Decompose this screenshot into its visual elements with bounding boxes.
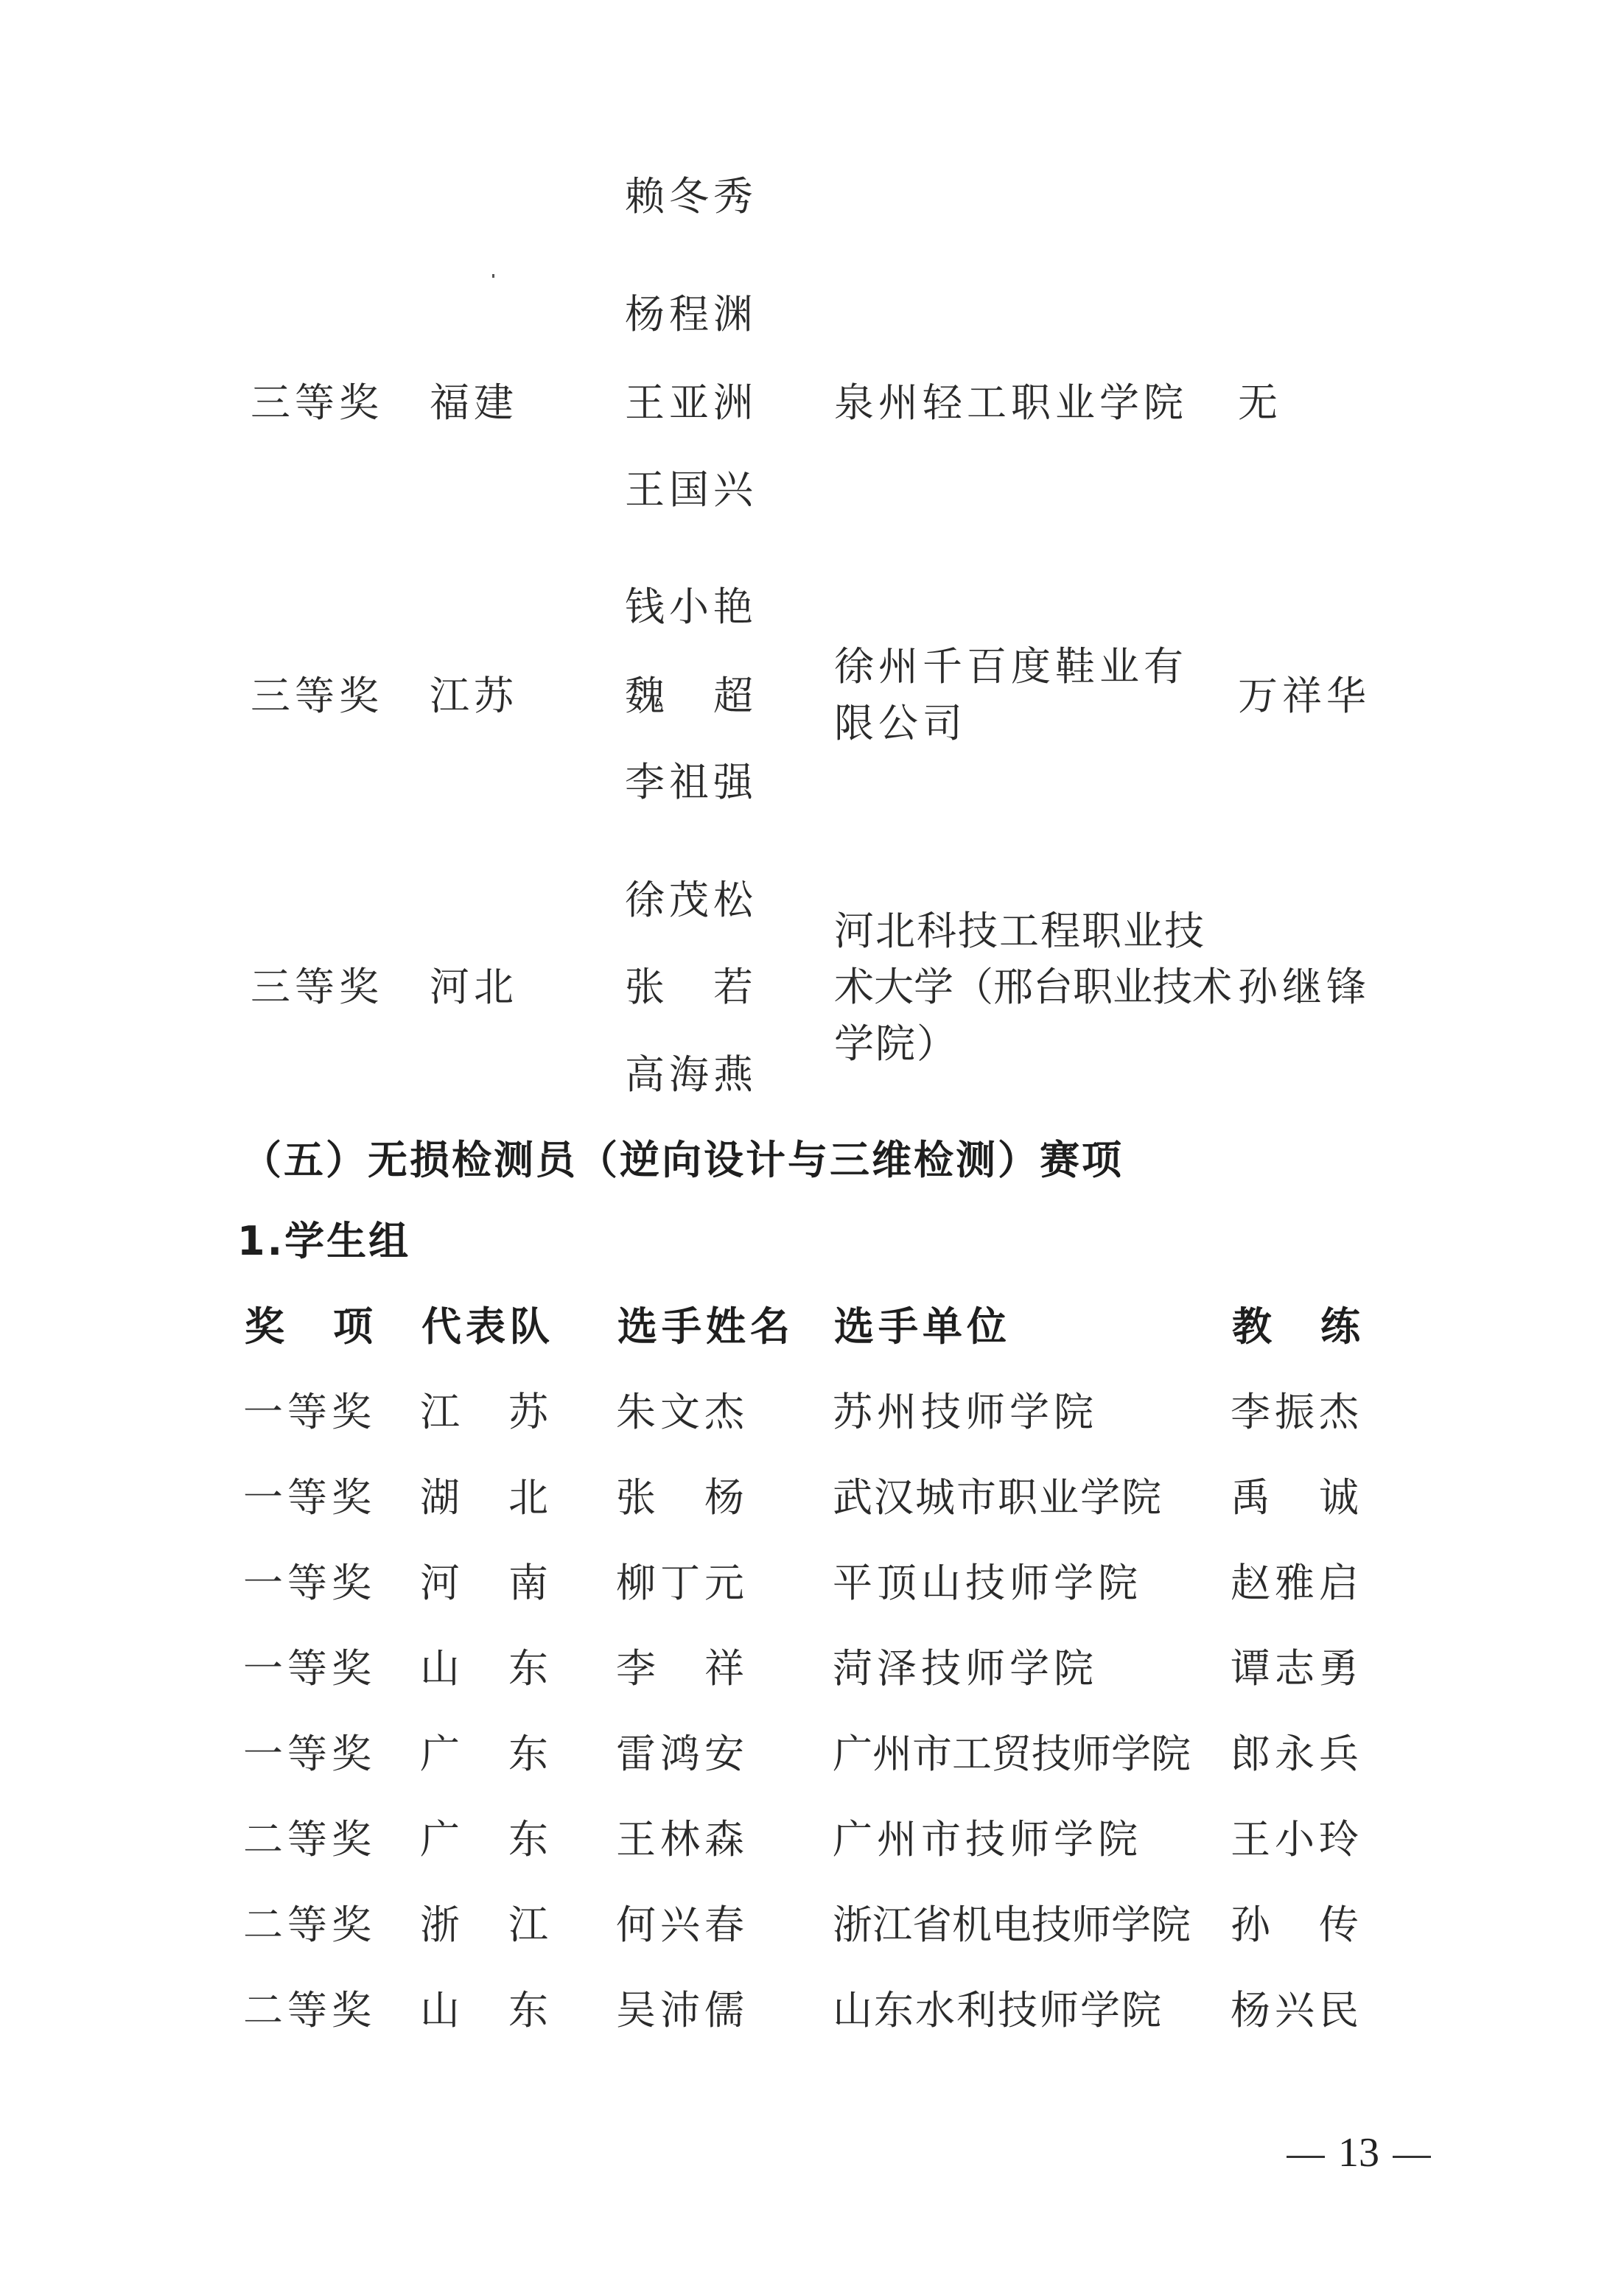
cell-unit: 山东水利技师学院 <box>833 1991 1163 2031</box>
cell-award: 一等奖 <box>243 1734 376 1774</box>
cell-team: 山 东 <box>420 1991 553 2031</box>
cell-coach: 郎永兵 <box>1231 1734 1363 1774</box>
cell-team: 浙 江 <box>420 1905 553 1945</box>
member-name: 杨程渊 <box>625 295 757 334</box>
team-name: 江苏 <box>430 676 518 716</box>
dash-right <box>1393 2156 1431 2158</box>
cell-unit: 浙江省机电技师学院 <box>833 1905 1191 1945</box>
unit-name-line: 限公司 <box>834 704 967 743</box>
member-name: 魏 超 <box>625 676 757 716</box>
cell-team: 江 苏 <box>420 1392 553 1432</box>
cell-coach: 孙 传 <box>1231 1905 1363 1945</box>
cell-award: 一等奖 <box>243 1563 376 1603</box>
header-team: 代表队 <box>421 1307 554 1347</box>
award-level: 三等奖 <box>251 383 383 423</box>
cell-team: 广 东 <box>420 1734 553 1774</box>
page-number: 13 <box>1273 2129 1444 2176</box>
cell-unit: 平顶山技师学院 <box>833 1563 1142 1603</box>
cell-coach: 李振杰 <box>1231 1392 1363 1432</box>
cell-unit: 菏泽技师学院 <box>833 1649 1098 1689</box>
cell-name: 王林森 <box>616 1820 749 1860</box>
cell-name: 何兴春 <box>616 1905 749 1945</box>
unit-name-line: 学院） <box>834 1024 958 1064</box>
scan-speck <box>492 274 494 278</box>
cell-unit: 武汉城市职业学院 <box>833 1478 1163 1518</box>
cell-award: 二等奖 <box>243 1991 376 2031</box>
cell-team: 湖 北 <box>420 1478 553 1518</box>
header-unit: 选手单位 <box>834 1307 1011 1347</box>
cell-coach: 杨兴民 <box>1231 1991 1363 2031</box>
cell-name: 李 祥 <box>616 1649 749 1689</box>
team-name: 福建 <box>430 383 518 423</box>
coach-name: 万祥华 <box>1238 676 1371 716</box>
unit-name-line: 徐州千百度鞋业有 <box>834 647 1188 687</box>
award-level: 三等奖 <box>251 967 383 1007</box>
cell-name: 张 杨 <box>616 1478 749 1518</box>
award-level: 三等奖 <box>251 676 383 716</box>
subsection-heading: 1.学生组 <box>237 1222 410 1261</box>
section-heading: （五）无损检测员（逆向设计与三维检测）赛项 <box>242 1141 1124 1180</box>
cell-unit: 广州市技师学院 <box>833 1820 1142 1860</box>
cell-name: 吴沛儒 <box>616 1991 749 2031</box>
cell-team: 山 东 <box>420 1649 553 1689</box>
cell-coach: 赵雅启 <box>1231 1563 1363 1603</box>
cell-coach: 禹 诚 <box>1231 1478 1363 1518</box>
member-name: 赖冬秀 <box>625 177 757 217</box>
cell-team: 河 南 <box>420 1563 553 1603</box>
cell-coach: 王小玲 <box>1231 1820 1363 1860</box>
page-number-text: 13 <box>1338 2130 1379 2176</box>
member-name: 王亚洲 <box>625 383 757 423</box>
member-name: 高海燕 <box>625 1055 757 1095</box>
unit-name-line: 河北科技工程职业技 <box>834 911 1205 951</box>
header-coach: 教 练 <box>1232 1307 1365 1347</box>
member-name: 钱小艳 <box>625 587 757 627</box>
unit-name-line: 术大学（邢台职业技术 <box>834 967 1232 1007</box>
cell-award: 一等奖 <box>243 1478 376 1518</box>
member-name: 李祖强 <box>625 763 757 802</box>
header-name: 选手姓名 <box>617 1307 794 1347</box>
coach-name: 无 <box>1238 383 1282 423</box>
cell-unit: 广州市工贸技师学院 <box>833 1734 1191 1774</box>
cell-award: 一等奖 <box>243 1392 376 1432</box>
member-name: 张 若 <box>625 967 757 1007</box>
member-name: 王国兴 <box>625 470 757 510</box>
cell-name: 柳丁元 <box>616 1563 749 1603</box>
cell-unit: 苏州技师学院 <box>833 1392 1098 1432</box>
cell-award: 二等奖 <box>243 1905 376 1945</box>
unit-name: 泉州轻工职业学院 <box>834 383 1188 423</box>
cell-award: 一等奖 <box>243 1649 376 1689</box>
cell-name: 雷鸿安 <box>616 1734 749 1774</box>
dash-left <box>1287 2156 1325 2158</box>
team-name: 河北 <box>430 967 518 1007</box>
cell-award: 二等奖 <box>243 1820 376 1860</box>
coach-name: 孙继锋 <box>1238 967 1371 1007</box>
member-name: 徐茂松 <box>625 880 757 920</box>
cell-name: 朱文杰 <box>616 1392 749 1432</box>
cell-coach: 谭志勇 <box>1231 1649 1363 1689</box>
header-award: 奖 项 <box>245 1307 377 1347</box>
cell-team: 广 东 <box>420 1820 553 1860</box>
